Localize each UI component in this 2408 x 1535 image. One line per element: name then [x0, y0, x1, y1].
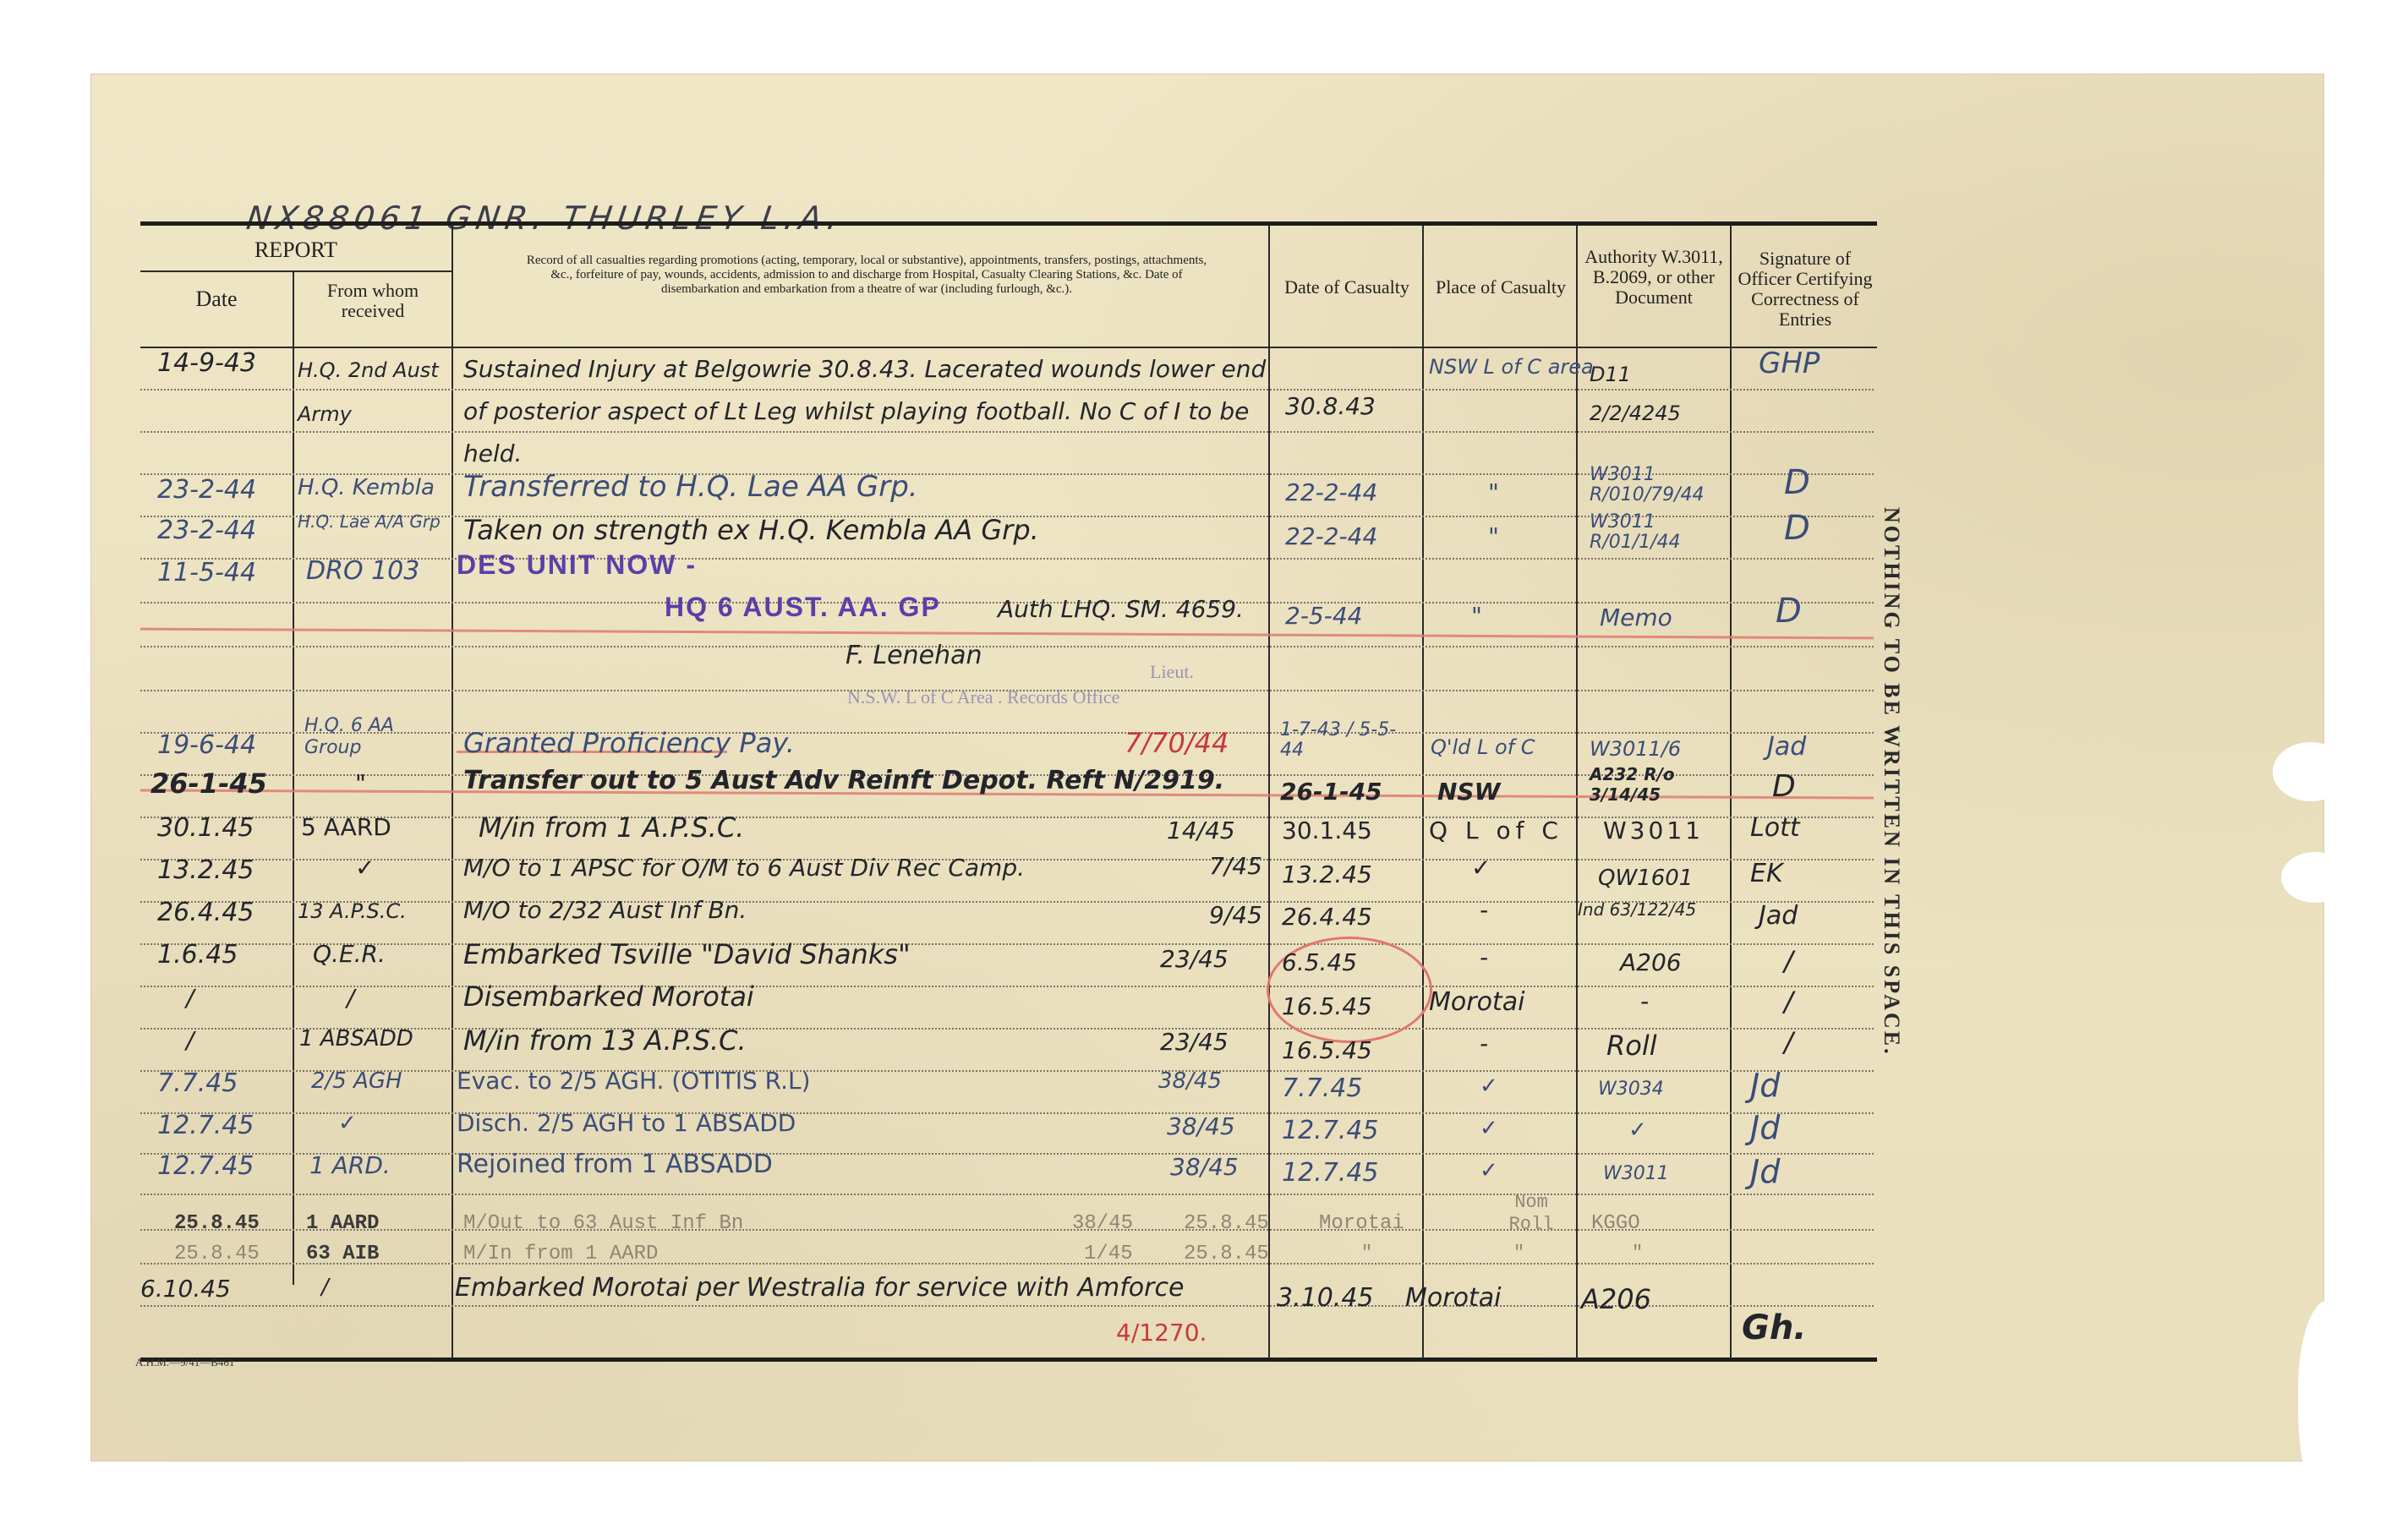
row-ref: 38/45	[1072, 1212, 1133, 1235]
row-authority: W3011	[1603, 817, 1704, 844]
do-not-write-notice: NOTHING TO BE WRITTEN IN THIS SPACE.	[1879, 507, 1904, 1057]
row-ref: 38/45	[1170, 1153, 1239, 1181]
row-date-casualty: 16.5.45	[1282, 1036, 1372, 1064]
header-place-casualty: Place of Casualty	[1429, 277, 1573, 298]
row-signature: Jd	[1750, 1153, 1780, 1190]
row-place: -	[1480, 1030, 1488, 1057]
row-date: 13.2.45	[157, 855, 254, 885]
row-date: 1.6.45	[157, 940, 238, 970]
row-place: Morotai	[1405, 1283, 1501, 1313]
row-from: Q.E.R.	[313, 940, 386, 968]
row-from: 2/5 AGH	[311, 1068, 402, 1094]
auth-note: Auth LHQ. SM. 4659.	[998, 595, 1244, 623]
row-from: H.Q. 2nd Aust Army	[298, 348, 450, 436]
row-rule	[140, 1194, 1874, 1195]
row-authority: ✓	[1628, 1117, 1647, 1143]
row-record: M/O to 1 APSC for O/M to 6 Aust Div Rec …	[463, 854, 1025, 882]
row-ref: 1/45	[1084, 1243, 1133, 1265]
stamp-rank: Lieut.	[1150, 661, 1194, 683]
stamp-des-unit: DES UNIT NOW -	[457, 549, 697, 581]
row-authority: W3034	[1598, 1079, 1664, 1100]
row-place: "	[1361, 1243, 1372, 1264]
row-authority: -	[1640, 987, 1649, 1015]
header-date: Date	[140, 287, 293, 311]
row-ref: 23/45	[1160, 1028, 1229, 1056]
row-place: NSW	[1437, 778, 1500, 806]
row-signature: Lott	[1750, 813, 1800, 843]
row-authority: Roll	[1606, 1030, 1657, 1062]
row-place: ✓	[1480, 1158, 1498, 1183]
row-from: "	[355, 769, 366, 797]
row-date: /	[186, 1026, 194, 1054]
row-authority: QW1601	[1598, 866, 1693, 891]
row-date-casualty: 12.7.45	[1282, 1158, 1379, 1188]
row-signature: Jad	[1767, 732, 1806, 762]
row-date: 19-6-44	[157, 730, 256, 760]
row-date-casualty: 7.7.45	[1282, 1073, 1362, 1103]
row-date-casualty: 12.7.45	[1282, 1116, 1379, 1145]
row-authority: W3011 R/010/79/44	[1590, 465, 1733, 505]
row-from: /	[321, 1275, 329, 1300]
row-date: 12.7.45	[157, 1111, 254, 1140]
row-from: 1 ARD.	[309, 1151, 391, 1179]
form-code: A.H.M.—9/41—B461	[135, 1356, 234, 1369]
row-place: ✓	[1480, 1116, 1498, 1141]
row-date-casualty: 2-5-44	[1285, 602, 1362, 630]
row-authority: KGGO	[1591, 1212, 1640, 1235]
row-authority: Memo	[1600, 604, 1672, 631]
row-record: Sustained Injury at Belgowrie 30.8.43. L…	[463, 348, 1267, 475]
row-date: 23-2-44	[157, 475, 256, 505]
row-place: Q L of C	[1429, 817, 1563, 844]
col-divider	[1268, 226, 1270, 1358]
row-signature: D	[1784, 463, 1810, 502]
row-record: Rejoined from 1 ABSADD	[457, 1150, 773, 1179]
row-place: "	[1488, 522, 1499, 550]
row-from: ✓	[355, 854, 375, 882]
punch-hole	[2273, 742, 2349, 801]
row-place: "	[1471, 602, 1482, 630]
row-record: M/Out to 63 Aust Inf Bn	[463, 1212, 743, 1235]
col-divider	[293, 270, 294, 1285]
row-record: Transfer out to 5 Aust Adv Reinft Depot.…	[463, 766, 1224, 795]
row-from: 63 AIB	[306, 1243, 379, 1265]
row-signature: EK	[1750, 859, 1783, 888]
row-place: Q'ld L of C	[1431, 735, 1535, 759]
row-record: Taken on strength ex H.Q. Kembla AA Grp.	[463, 514, 1039, 546]
row-rule	[140, 1263, 1874, 1265]
header-report: REPORT	[140, 238, 451, 262]
row-date-casualty: 22-2-44	[1285, 478, 1377, 506]
row-ref: 7/45	[1209, 852, 1262, 880]
row-authority: W3011 R/01/1/44	[1590, 512, 1733, 553]
row-date: 25.8.45	[174, 1243, 260, 1265]
row-record: Embarked Tsville "David Shanks"	[463, 938, 911, 970]
row-record: Transferred to H.Q. Lae AA Grp.	[463, 470, 918, 504]
row-ref: 4/1270.	[1116, 1319, 1207, 1347]
torn-edge	[2298, 1300, 2374, 1520]
row-record: M/In from 1 AARD	[463, 1243, 658, 1265]
signer-signature: F. Lenehan	[846, 641, 982, 670]
row-authority-note: "	[1513, 1243, 1524, 1264]
row-date: 12.7.45	[157, 1151, 254, 1181]
row-authority: D11 2/2/4245	[1590, 355, 1725, 433]
row-place: Morotai	[1429, 987, 1524, 1017]
row-from: 5 AARD	[301, 813, 391, 841]
row-signature: Jd	[1750, 1109, 1780, 1146]
punch-hole	[2281, 852, 2349, 903]
row-from: H.Q. Kembla	[298, 475, 435, 500]
row-from: DRO 103	[306, 556, 419, 586]
row-place: ✓	[1480, 1073, 1498, 1099]
row-signature: D	[1772, 769, 1796, 804]
row-authority: A206	[1620, 948, 1682, 976]
row-from: 1 ABSADD	[299, 1026, 413, 1052]
row-signature: Gh.	[1742, 1308, 1807, 1347]
row-date: 25.8.45	[174, 1212, 260, 1235]
row-place: NSW L of C area	[1429, 355, 1594, 379]
stamp-unit-name: HQ 6 AUST. AA. GP	[665, 592, 941, 623]
row-signature: Jad	[1759, 901, 1798, 931]
row-from: /	[347, 984, 354, 1012]
row-date: 26-1-45	[150, 767, 267, 800]
row-authority: "	[1632, 1243, 1643, 1264]
top-rule	[140, 221, 1877, 226]
row-rule	[140, 1153, 1874, 1155]
row-place: -	[1480, 896, 1488, 924]
row-authority: W3011/6	[1590, 737, 1681, 761]
row-ref: 38/45	[1167, 1112, 1235, 1140]
row-ref: 38/45	[1158, 1068, 1222, 1094]
row-place: Morotai	[1319, 1212, 1404, 1235]
header-authority: Authority W.3011, B.2069, or other Docum…	[1581, 247, 1727, 308]
col-divider	[1576, 226, 1578, 1358]
row-authority: W3011	[1603, 1163, 1669, 1184]
row-place: "	[1488, 478, 1499, 506]
row-record: Embarked Morotai per Westralia for servi…	[455, 1270, 1267, 1307]
row-date: 6.10.45	[140, 1275, 231, 1303]
row-place: ✓	[1471, 854, 1491, 882]
row-date-casualty: 25.8.45	[1184, 1243, 1269, 1265]
row-date: 30.1.45	[157, 813, 254, 843]
row-date-casualty: 22-2-44	[1285, 522, 1377, 550]
row-from: 13 A.P.S.C.	[298, 899, 407, 923]
row-date: /	[186, 984, 194, 1012]
row-date-casualty: 30.1.45	[1282, 817, 1372, 844]
row-date-casualty: 26-1-45	[1280, 778, 1382, 806]
row-date-casualty: 30.8.43	[1285, 392, 1376, 420]
row-authority-note: Nom Roll	[1493, 1192, 1569, 1236]
row-date-casualty: 6.5.45	[1282, 948, 1357, 976]
header-from-whom: From whom received	[298, 281, 448, 321]
row-record: Evac. to 2/5 AGH. (OTITIS R.L)	[457, 1067, 811, 1095]
row-date: 7.7.45	[157, 1068, 238, 1098]
row-signature: Jd	[1750, 1067, 1780, 1104]
row-date-casualty: 13.2.45	[1282, 860, 1372, 888]
row-ref: 14/45	[1167, 817, 1235, 844]
row-signature: D	[1784, 509, 1810, 548]
row-rule	[140, 986, 1874, 987]
row-date: 23-2-44	[157, 516, 256, 545]
col-divider	[1422, 226, 1424, 1358]
row-from: H.Q. 6 AA Group	[304, 715, 448, 759]
soldier-identifier: NX88061 GNR. THURLEY L.A.	[244, 199, 846, 237]
row-record: Disembarked Morotai	[463, 981, 754, 1013]
row-date: 14-9-43	[157, 348, 256, 378]
row-rule	[140, 943, 1874, 945]
header-signature: Signature of Officer Certifying Correctn…	[1735, 249, 1875, 330]
row-from: 1 AARD	[306, 1212, 379, 1235]
row-signature: /	[1784, 986, 1793, 1018]
row-record: M/O to 2/32 Aust Inf Bn.	[463, 896, 747, 924]
row-from: H.Q. Lae A/A Grp	[298, 512, 450, 531]
row-authority: Ind 63/122/45	[1578, 899, 1696, 920]
header-date-casualty: Date of Casualty	[1277, 277, 1417, 298]
row-place: -	[1480, 943, 1488, 971]
row-record: M/in from 13 A.P.S.C.	[463, 1024, 747, 1057]
row-date-casualty: 25.8.45	[1184, 1212, 1269, 1235]
row-ref: 23/45	[1160, 945, 1229, 973]
row-authority: A206	[1581, 1283, 1651, 1315]
row-record: M/in from 1 A.P.S.C.	[479, 811, 744, 844]
report-underline	[140, 270, 451, 272]
row-date-casualty: 16.5.45	[1282, 992, 1372, 1020]
row-record: Granted Proficiency Pay.	[463, 727, 795, 759]
row-date-casualty: 3.10.45	[1277, 1283, 1374, 1313]
row-signature: GHP	[1759, 347, 1820, 380]
row-ref: 7/70/44	[1125, 727, 1229, 759]
row-authority: A232 R/o 3/14/45	[1590, 764, 1733, 805]
row-rule	[140, 1112, 1874, 1114]
row-date: 26.4.45	[157, 898, 254, 927]
row-date-casualty: 26.4.45	[1282, 903, 1372, 931]
row-signature: /	[1784, 945, 1793, 977]
row-ref: 9/45	[1209, 901, 1262, 929]
row-date-casualty: 1-7-43 / 5-5-44	[1280, 720, 1415, 761]
row-rule	[140, 646, 1874, 647]
row-signature: /	[1784, 1026, 1793, 1058]
stamp-records-office: N.S.W. L of C Area . Records Office	[847, 686, 1119, 708]
header-record: Record of all casualties regarding promo…	[516, 254, 1218, 297]
row-date: 11-5-44	[157, 558, 256, 587]
row-record: Disch. 2/5 AGH to 1 ABSADD	[457, 1109, 796, 1137]
bottom-rule	[140, 1357, 1877, 1362]
row-from: ✓	[338, 1111, 357, 1136]
row-signature: D	[1776, 592, 1802, 631]
